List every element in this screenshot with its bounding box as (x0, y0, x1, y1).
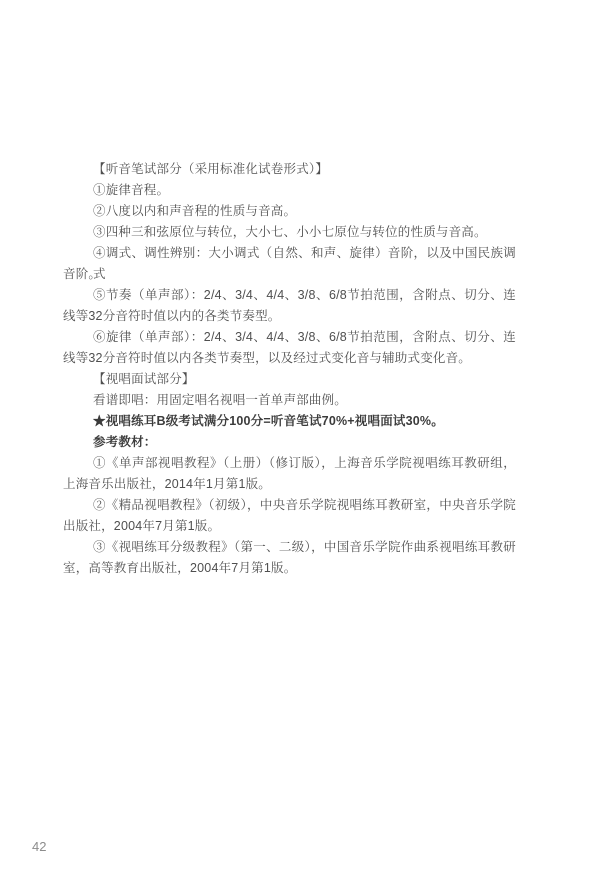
text-line: ④调式、调性辨别：大小调式（自然、和声、旋律）音阶，以及中国民族调式 (63, 243, 516, 264)
text-line: ③《视唱练耳分级教程》（第一、二级），中国音乐学院作曲系视唱练耳教研 (63, 537, 516, 558)
text-line: ★视唱练耳B级考试满分100分=听音笔试70%+视唱面试30%。 (63, 411, 516, 432)
document-body: 【听音笔试部分（采用标准化试卷形式）】①旋律音程。②八度以内和声音程的性质与音高… (63, 159, 516, 579)
text-line: 音阶。 (63, 264, 516, 285)
text-line: ③四种三和弦原位与转位，大小七、小小七原位与转位的性质与音高。 (63, 222, 516, 243)
text-line: ⑤节奏（单声部）：2/4、3/4、4/4、3/8、6/8节拍范围，含附点、切分、… (63, 285, 516, 306)
text-line: ①旋律音程。 (63, 180, 516, 201)
text-line: 出版社，2004年7月第1版。 (63, 516, 516, 537)
text-line: 线等32分音符时值以内各类节奏型，以及经过式变化音与辅助式变化音。 (63, 348, 516, 369)
text-line: 【视唱面试部分】 (63, 369, 516, 390)
text-line: 参考教材： (63, 432, 516, 453)
text-line: 【听音笔试部分（采用标准化试卷形式）】 (63, 159, 516, 180)
text-line: 看谱即唱：用固定唱名视唱一首单声部曲例。 (63, 390, 516, 411)
text-line: ②《精品视唱教程》（初级），中央音乐学院视唱练耳教研室，中央音乐学院 (63, 495, 516, 516)
text-line: ⑥旋律（单声部）：2/4、3/4、4/4、3/8、6/8节拍范围，含附点、切分、… (63, 327, 516, 348)
text-line: ①《单声部视唱教程》（上册）（修订版），上海音乐学院视唱练耳教研组， (63, 453, 516, 474)
text-line: ②八度以内和声音程的性质与音高。 (63, 201, 516, 222)
document-page: 【听音笔试部分（采用标准化试卷形式）】①旋律音程。②八度以内和声音程的性质与音高… (0, 0, 600, 884)
text-line: 上海音乐出版社，2014年1月第1版。 (63, 474, 516, 495)
text-line: 室，高等教育出版社，2004年7月第1版。 (63, 558, 516, 579)
text-line: 线等32分音符时值以内的各类节奏型。 (63, 306, 516, 327)
page-number: 42 (32, 838, 46, 855)
